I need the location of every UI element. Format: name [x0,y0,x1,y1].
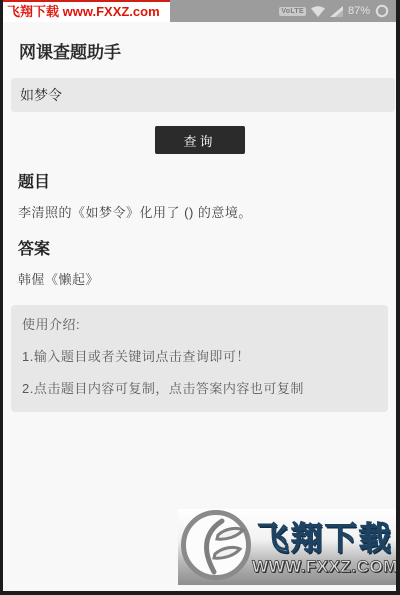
question-input[interactable] [11,78,395,112]
wifi-icon [311,6,325,17]
answer-content[interactable]: 韩偓《懒起》 [18,269,381,288]
question-header: 题目 [18,169,381,192]
download-banner[interactable]: 飞翔下载 www.FXXZ.com [3,0,170,22]
question-content[interactable]: 李清照的《如梦令》化用了 () 的意境。 [18,202,381,221]
battery-percent: 87% [348,5,370,17]
app-header: 网课查题助手 [3,22,396,63]
watermark-text: 飞翔下载 WWW.FXXZ.COM [252,522,398,575]
status-icons: VoLTE 87% [279,4,396,18]
instructions-item: 1.输入题目或者关键词点击查询即可！ [22,346,377,365]
volte-badge: VoLTE [279,7,306,16]
instructions-title: 使用介绍: [22,314,377,333]
banner-text: 飞翔下载 www.FXXZ.com [7,4,160,19]
phone-screen: 飞翔下载 www.FXXZ.com VoLTE 87% 网课查题助手 查询 题目… [0,0,400,595]
query-button[interactable]: 查询 [155,126,245,154]
answer-header: 答案 [18,236,381,259]
button-row: 查询 [3,126,396,154]
page-title: 网课查题助手 [19,38,396,63]
instructions-item: 2.点击题目内容可复制，点击答案内容也可复制 [22,378,377,397]
fxxz-watermark: 飞翔下载 WWW.FXXZ.COM [178,509,396,585]
fxxz-bird-logo-icon [180,509,252,586]
watermark-site: WWW.FXXZ.COM [252,558,398,575]
instructions-card: 使用介绍: 1.输入题目或者关键词点击查询即可！ 2.点击题目内容可复制，点击答… [11,305,388,412]
battery-ring-icon [375,4,389,18]
status-bar: 飞翔下载 www.FXXZ.com VoLTE 87% [3,0,396,22]
watermark-title: 飞翔下载 [257,522,393,554]
cellular-signal-icon [330,6,343,17]
